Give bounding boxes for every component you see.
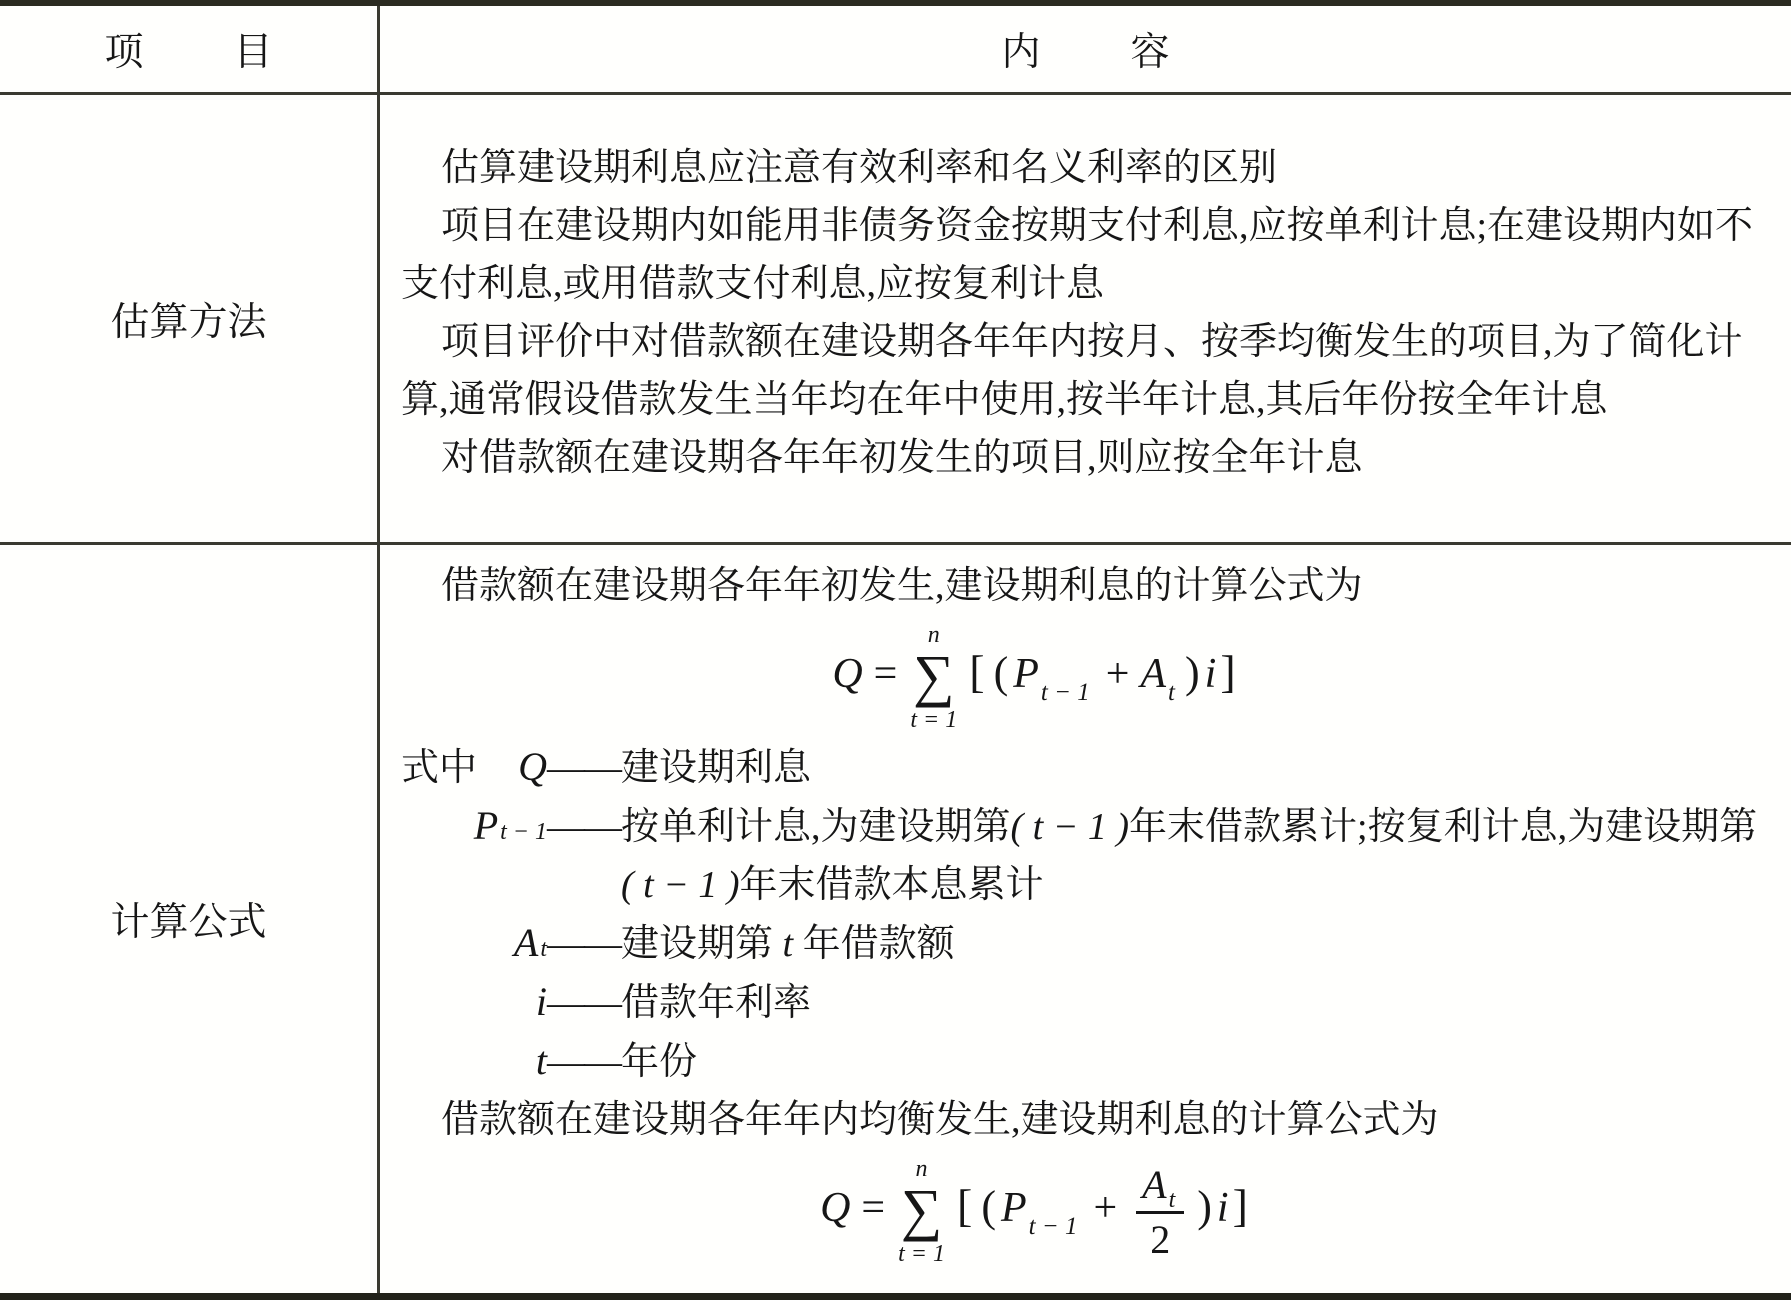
- subscript-t-minus-1: t − 1: [1041, 679, 1090, 706]
- right-bracket: ]: [1233, 1180, 1248, 1231]
- header-content-char-1: 内: [1001, 21, 1040, 77]
- symbol-p-subscript: t − 1: [500, 819, 547, 845]
- symbol-a: A: [514, 914, 538, 972]
- definition-text-p: 按单利计息,为建设期第( t − 1 )年末借款累计;按复利计息,为建设期第 (…: [621, 798, 1781, 914]
- row2-label-text: 计算公式: [110, 891, 266, 947]
- summation-lower-limit: t = 1: [910, 708, 957, 732]
- right-paren: ): [1185, 648, 1200, 697]
- formula-intro-2: 借款额在建设期各年年内均衡发生,建设期利息的计算公式为: [401, 1091, 1781, 1149]
- variable-p: P: [1001, 1185, 1027, 1231]
- right-paren: ): [1197, 1182, 1212, 1231]
- subscript-t-minus-1: t − 1: [1029, 1213, 1078, 1240]
- fraction-a-over-2: At2: [1136, 1163, 1184, 1260]
- variable-q: Q: [820, 1185, 850, 1231]
- sigma-glyph: ∑: [913, 648, 954, 703]
- symbol-a-subscript: t: [540, 936, 547, 962]
- def-a-seg2: 年借款额: [793, 923, 955, 965]
- row-content-estimation-method: 估算建设期利息应注意有效利率和名义利率的区别 项目在建设期内如能用非债务资金按期…: [380, 95, 1791, 545]
- sigma-glyph: ∑: [901, 1182, 942, 1237]
- variable-p: P: [1013, 651, 1039, 697]
- where-label: 式中: [401, 739, 477, 797]
- subscript-t: t: [1169, 1187, 1176, 1213]
- definition-dash: ——: [547, 915, 621, 973]
- definition-row-q: 式中Q —— 建设期利息: [401, 738, 1781, 797]
- subscript-t: t: [1168, 679, 1175, 706]
- fraction-denominator: 2: [1150, 1214, 1170, 1260]
- variable-i: i: [1217, 1185, 1229, 1231]
- def-a-seg1: 建设期第: [621, 923, 783, 965]
- definition-row-p: Pt − 1 —— 按单利计息,为建设期第( t − 1 )年末借款累计;按复利…: [401, 797, 1781, 914]
- equals-sign: =: [874, 651, 898, 697]
- def-p-math1: ( t − 1 ): [1011, 806, 1130, 848]
- header-item-char-2: 目: [234, 21, 273, 77]
- left-paren: (: [981, 1182, 996, 1231]
- paragraph-2: 项目在建设期内如能用非债务资金按期支付利息,应按单利计息;在建设期内如不 支付利…: [401, 197, 1781, 313]
- definition-text-q: 建设期利息: [621, 739, 1781, 797]
- plus-sign: +: [1093, 1185, 1117, 1231]
- def-a-math: t: [783, 923, 794, 965]
- paragraph-3: 项目评价中对借款额在建设期各年年内按月、按季均衡发生的项目,为了简化计 算,通常…: [401, 313, 1781, 429]
- def-p-seg1: 按单利计息,为建设期第: [621, 806, 1011, 848]
- definition-row-a: At —— 建设期第 t 年借款额: [401, 914, 1781, 973]
- interest-estimation-table: 项 目 内 容 估算方法 估算建设期利息应注意有效利率和名义利率的区别 项目在建…: [0, 0, 1791, 1300]
- def-p-seg2: 年末借款累计;按复利计息,为建设期第: [1129, 806, 1757, 848]
- definition-text-t: 年份: [621, 1033, 1781, 1091]
- symbol-q: Q: [518, 738, 547, 796]
- definition-symbol-p: Pt − 1: [401, 797, 547, 855]
- definition-symbol-t: t: [401, 1032, 547, 1090]
- row-label-calculation-formula: 计算公式: [0, 545, 380, 1293]
- summation-lower-limit: t = 1: [898, 1242, 945, 1266]
- variable-a: A: [1140, 651, 1166, 697]
- definition-dash: ——: [547, 974, 621, 1032]
- symbol-i: i: [536, 973, 547, 1031]
- definition-symbol-a: At: [401, 914, 547, 972]
- summation-symbol: n∑t = 1: [910, 623, 957, 732]
- row1-label-text: 估算方法: [110, 291, 266, 347]
- equals-sign: =: [861, 1185, 885, 1231]
- row-content-calculation-formula: 借款额在建设期各年年初发生,建设期利息的计算公式为 Q=n∑t = 1[(Pt …: [380, 545, 1791, 1293]
- definition-symbol-i: i: [401, 973, 547, 1031]
- formula-1: Q=n∑t = 1[(Pt − 1+At)i]: [401, 623, 1781, 732]
- right-bracket: ]: [1220, 646, 1235, 697]
- variable-q: Q: [832, 651, 862, 697]
- symbol-p: P: [474, 797, 498, 855]
- fraction-numerator: At: [1136, 1163, 1184, 1214]
- definition-dash: ——: [547, 739, 621, 797]
- left-bracket: [: [957, 1180, 972, 1231]
- def-p-math2: ( t − 1 ): [621, 864, 740, 906]
- formula-2: Q=n∑t = 1[(Pt − 1+At2)i]: [401, 1157, 1781, 1266]
- definition-dash: ——: [547, 798, 621, 856]
- left-bracket: [: [969, 646, 984, 697]
- symbol-t: t: [536, 1032, 547, 1090]
- definition-text-a: 建设期第 t 年借款额: [621, 915, 1781, 973]
- variable-a: A: [1142, 1162, 1166, 1207]
- definition-text-i: 借款年利率: [621, 974, 1781, 1032]
- definition-symbol-q: 式中Q: [401, 738, 547, 797]
- formula-intro-1: 借款额在建设期各年年初发生,建设期利息的计算公式为: [401, 557, 1781, 615]
- variable-i: i: [1205, 651, 1217, 697]
- paragraph-4: 对借款额在建设期各年年初发生的项目,则应按全年计息: [401, 429, 1781, 487]
- header-cell-content: 内 容: [380, 6, 1791, 95]
- plus-sign: +: [1106, 651, 1130, 697]
- definition-dash: ——: [547, 1033, 621, 1091]
- paragraph-1: 估算建设期利息应注意有效利率和名义利率的区别: [401, 139, 1781, 197]
- left-paren: (: [994, 648, 1009, 697]
- row-label-estimation-method: 估算方法: [0, 95, 380, 545]
- summation-symbol: n∑t = 1: [898, 1157, 945, 1266]
- header-item-char-1: 项: [104, 21, 143, 77]
- header-cell-item: 项 目: [0, 6, 380, 95]
- definition-row-t: t —— 年份: [401, 1032, 1781, 1091]
- header-content-char-2: 容: [1131, 21, 1170, 77]
- definition-row-i: i —— 借款年利率: [401, 973, 1781, 1032]
- def-p-seg3: 年末借款本息累计: [740, 864, 1044, 906]
